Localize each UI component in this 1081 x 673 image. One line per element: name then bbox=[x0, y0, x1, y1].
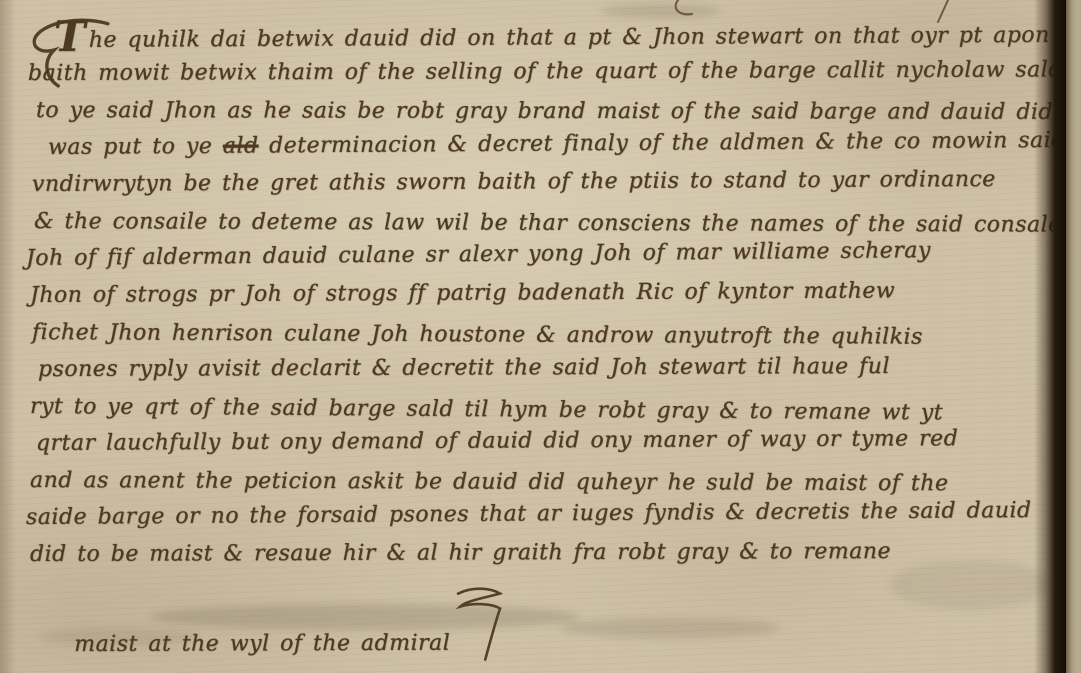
line-text: vndirwrytyn be the gret athis sworn bait… bbox=[32, 167, 996, 197]
initial-capital: T bbox=[54, 12, 86, 61]
line-text: baith mowit betwix thaim of the selling … bbox=[28, 57, 1063, 86]
manuscript-line-14: saide barge or no the forsaid psones tha… bbox=[26, 492, 1034, 536]
manuscript-line-1: The quhilk dai betwix dauid did on that … bbox=[54, 13, 1034, 55]
manuscript-line-5: vndirwrytyn be the gret athis sworn bait… bbox=[32, 161, 1034, 203]
line-text: Jhon of strogs pr Joh of strogs ff patri… bbox=[30, 278, 895, 308]
line-text: maist at the wyl of the admiral bbox=[74, 631, 450, 657]
line-text: did to be maist & resaue hir & al hir gr… bbox=[30, 539, 891, 567]
line-text: and as anent the peticion askit be dauid… bbox=[30, 468, 949, 496]
manuscript-line-2: baith mowit betwix thaim of the selling … bbox=[28, 51, 1034, 92]
manuscript-line-8: Jhon of strogs pr Joh of strogs ff patri… bbox=[30, 272, 1034, 314]
manuscript-line-10: psones ryply avisit declarit & decretit … bbox=[38, 348, 1034, 388]
line-text: psones ryply avisit declarit & decretit … bbox=[38, 354, 890, 382]
line-text: saide barge or no the forsaid psones tha… bbox=[26, 498, 1032, 530]
line-text: was put to ye bbox=[48, 134, 223, 160]
left-edge-shadow bbox=[0, 0, 16, 673]
manuscript-line-12: qrtar lauchfully but ony demand of dauid… bbox=[36, 420, 1034, 462]
manuscript-line-15: did to be maist & resaue hir & al hir gr… bbox=[30, 532, 1034, 573]
manuscript-line-4: was put to ye ald determinacion & decret… bbox=[48, 122, 1034, 166]
show-through-smudge bbox=[560, 618, 780, 638]
struck-out-word: ald bbox=[223, 134, 259, 159]
line-text: determinacion & decret finaly of the ald… bbox=[259, 128, 1066, 159]
next-page-edge bbox=[1066, 0, 1081, 673]
line-text: qrtar lauchfully but ony demand of dauid… bbox=[36, 426, 958, 456]
line-text: to ye said Jhon as he sais be robt gray … bbox=[36, 98, 1053, 125]
line-text: Joh of fif alderman dauid culane sr alex… bbox=[26, 238, 931, 271]
manuscript-text-block: The quhilk dai betwix dauid did on that … bbox=[22, 18, 1034, 610]
manuscript-line-16: maist at the wyl of the admiral bbox=[74, 570, 1034, 610]
line-text: fichet Jhon henrison culane Joh houstone… bbox=[32, 320, 923, 350]
manuscript-line-7: Joh of fif alderman dauid culane sr alex… bbox=[26, 231, 1034, 277]
end-flourish-icon bbox=[454, 585, 510, 663]
manuscript-page: The quhilk dai betwix dauid did on that … bbox=[0, 0, 1081, 673]
line-text: he quhilk dai betwix dauid did on that a… bbox=[89, 23, 1081, 53]
page-gutter-shadow bbox=[1034, 0, 1066, 673]
